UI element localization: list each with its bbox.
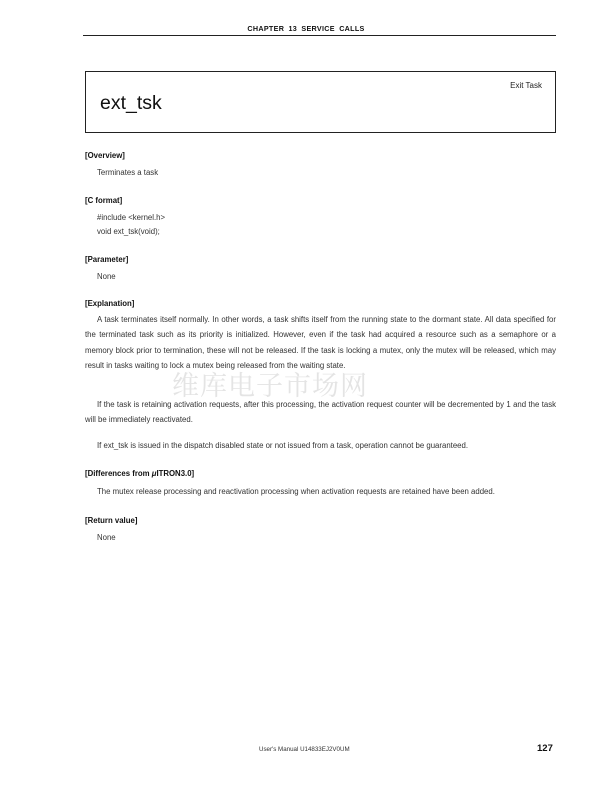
c-format-include: #include <kernel.h> [97, 213, 165, 222]
page-number: 127 [537, 743, 553, 754]
explanation-paragraph-3: If ext_tsk is issued in the dispatch dis… [85, 438, 556, 453]
explanation-paragraph-2: If the task is retaining activation requ… [85, 397, 556, 428]
c-format-prototype: void ext_tsk(void); [97, 227, 160, 236]
return-value-heading: [Return value] [85, 516, 137, 525]
differences-heading-suffix: ITRON3.0] [156, 469, 194, 478]
return-value-text: None [97, 533, 116, 542]
title-box: Exit Task ext_tsk [85, 71, 556, 133]
differences-text: The mutex release processing and reactiv… [97, 487, 495, 496]
function-title: ext_tsk [100, 92, 162, 115]
overview-text: Terminates a task [97, 168, 158, 177]
function-subtitle: Exit Task [510, 81, 542, 90]
overview-heading: [Overview] [85, 151, 125, 160]
c-format-heading: [C format] [85, 196, 122, 205]
differences-heading-prefix: [Differences from [85, 469, 152, 478]
explanation-heading: [Explanation] [85, 299, 134, 308]
differences-heading: [Differences from μITRON3.0] [85, 469, 194, 478]
parameter-text: None [97, 272, 116, 281]
header-rule [83, 35, 556, 36]
running-head: CHAPTER 13 SERVICE CALLS [0, 24, 612, 33]
footer-manual-id: User's Manual U14833EJ2V0UM [259, 746, 350, 753]
parameter-heading: [Parameter] [85, 255, 128, 264]
explanation-paragraph-1: A task terminates itself normally. In ot… [85, 312, 556, 374]
